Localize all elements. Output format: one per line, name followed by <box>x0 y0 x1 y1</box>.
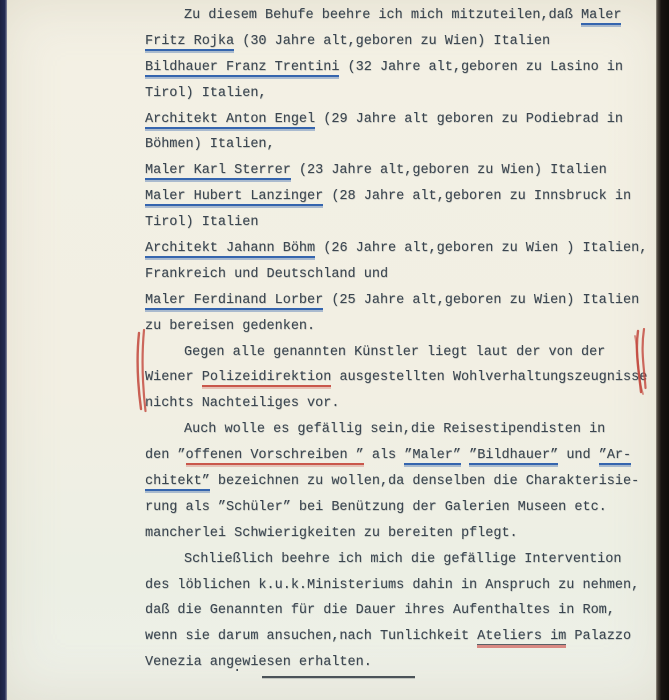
text-line: Bildhauer Franz Trentini (32 Jahre alt,g… <box>145 55 660 81</box>
blue-underlined-text: ”Ar- <box>599 448 631 465</box>
text-segment: Venezia angewiesen erhalten. <box>145 655 372 670</box>
text-segment: bezeichnen zu wollen,da denselben die Ch… <box>210 474 639 489</box>
blue-underlined-text: Architekt Anton Engel <box>145 112 315 129</box>
text-segment: Tirol) Italien <box>145 215 258 230</box>
text-segment <box>461 448 469 463</box>
text-line: des löblichen k.u.k.Ministeriums dahin i… <box>145 573 660 599</box>
text-line: daß die Genannten für die Dauer ihres Au… <box>145 598 660 624</box>
text-line: Tirol) Italien, <box>145 81 660 107</box>
text-line: Auch wolle es gefällig sein,die Reisesti… <box>145 417 660 443</box>
blue-underlined-text: Maler Karl Sterrer <box>145 163 291 180</box>
text-line: nichts Nachteiliges vor. <box>145 391 660 417</box>
text-line: Wiener Polizeidirektion ausgestellten Wo… <box>145 365 660 391</box>
blue-underlined-text: Architekt Jahann Böhm <box>145 241 315 258</box>
text-segment: den ” <box>145 448 186 463</box>
text-line: Frankreich und Deutschland und <box>145 262 660 288</box>
text-line: Böhmen) Italien, <box>145 132 660 158</box>
text-line: den ”offenen Vorschreiben ” als ”Maler” … <box>145 443 660 469</box>
text-segment: daß die Genannten für die Dauer ihres Au… <box>145 603 615 618</box>
text-line: Fritz Rojka (30 Jahre alt,geboren zu Wie… <box>145 29 660 55</box>
text-segment: als <box>364 448 405 463</box>
text-segment: (23 Jahre alt,geboren zu Wien) Italien <box>291 163 607 178</box>
blue-underlined-text: Fritz Rojka <box>145 34 234 51</box>
text-segment: ausgestellten Wohlverhaltungszeugnisse <box>331 370 647 385</box>
text-segment: (29 Jahre alt geboren zu Podiebrad in <box>315 112 623 127</box>
text-segment: (30 Jahre alt,geboren zu Wien) Italien <box>234 34 550 49</box>
text-segment: Böhmen) Italien, <box>145 137 275 152</box>
closing-rule <box>262 676 415 678</box>
text-segment: Wiener <box>145 370 202 385</box>
text-segment: Auch wolle es gefällig sein,die Reisesti… <box>184 422 605 437</box>
text-line: Maler Ferdinand Lorber (25 Jahre alt,geb… <box>145 288 660 314</box>
blue-underlined-text: Maler <box>581 8 622 25</box>
blue-underlined-text: Bildhauer Franz Trentini <box>145 60 339 77</box>
text-line: Venezia angewiesen erhalten. <box>145 650 660 676</box>
text-segment: zu bereisen gedenken. <box>145 319 315 334</box>
text-segment: wenn sie darum ansuchen,nach Tunlichkeit <box>145 629 477 644</box>
text-line: zu bereisen gedenken. <box>145 314 660 340</box>
text-segment: (32 Jahre alt,geboren zu Lasino in <box>339 60 623 75</box>
blue-underlined-text: chitekt” <box>145 474 210 491</box>
text-segment: Schließlich beehre ich mich die gefällig… <box>184 552 621 567</box>
scan-left-edge <box>0 0 7 700</box>
letter-lines: Zu diesem Behufe beehre ich mich mitzute… <box>145 3 660 676</box>
text-segment: Palazzo <box>566 629 631 644</box>
text-line: Gegen alle genannten Künstler liegt laut… <box>145 340 660 366</box>
text-line: Zu diesem Behufe beehre ich mich mitzute… <box>145 3 660 29</box>
text-segment: des löblichen k.u.k.Ministeriums dahin i… <box>145 578 639 593</box>
text-segment: Gegen alle genannten Künstler liegt laut… <box>184 345 605 360</box>
text-line: wenn sie darum ansuchen,nach Tunlichkeit… <box>145 624 660 650</box>
text-line: Architekt Jahann Böhm (26 Jahre alt,gebo… <box>145 236 660 262</box>
text-segment: (28 Jahre alt,geboren zu Innsbruck in <box>323 189 631 204</box>
text-line: chitekt” bezeichnen zu wollen,da denselb… <box>145 469 660 495</box>
text-line: Maler Karl Sterrer (23 Jahre alt,geboren… <box>145 158 660 184</box>
red-underlined-text: offenen Vorschreiben ” <box>186 448 364 465</box>
text-segment: Zu diesem Behufe beehre ich mich mitzute… <box>184 8 581 23</box>
blue-underlined-text: ”Maler” <box>404 448 461 465</box>
blue-underlined-text: Maler Ferdinand Lorber <box>145 293 323 310</box>
blue-underlined-text: Maler Hubert Lanzinger <box>145 189 323 206</box>
darkred-underlined-text: Ateliers im <box>477 629 566 645</box>
blue-underlined-text: ”Bildhauer” <box>469 448 558 465</box>
text-segment: nichts Nachteiliges vor. <box>145 396 339 411</box>
text-segment: (26 Jahre alt,geboren zu Wien ) Italien, <box>315 241 647 256</box>
closing-dot: . <box>233 660 241 676</box>
red-underlined-text: Polizeidirektion <box>202 370 332 387</box>
text-segment: mancherlei Schwierigkeiten zu bereiten p… <box>145 526 518 541</box>
text-segment: und <box>558 448 599 463</box>
text-segment: Tirol) Italien, <box>145 86 267 101</box>
text-segment: (25 Jahre alt,geboren zu Wien) Italien <box>323 293 639 308</box>
text-line: Architekt Anton Engel (29 Jahre alt gebo… <box>145 107 660 133</box>
scanned-letter-page: Zu diesem Behufe beehre ich mich mitzute… <box>0 0 669 700</box>
text-line: Schließlich beehre ich mich die gefällig… <box>145 547 660 573</box>
text-line: rung als ”Schüler” bei Benützung der Gal… <box>145 495 660 521</box>
text-line: Maler Hubert Lanzinger (28 Jahre alt,geb… <box>145 184 660 210</box>
text-segment: rung als ”Schüler” bei Benützung der Gal… <box>145 500 607 515</box>
text-line: mancherlei Schwierigkeiten zu bereiten p… <box>145 521 660 547</box>
text-line: Tirol) Italien <box>145 210 660 236</box>
text-segment: Frankreich und Deutschland und <box>145 267 388 282</box>
